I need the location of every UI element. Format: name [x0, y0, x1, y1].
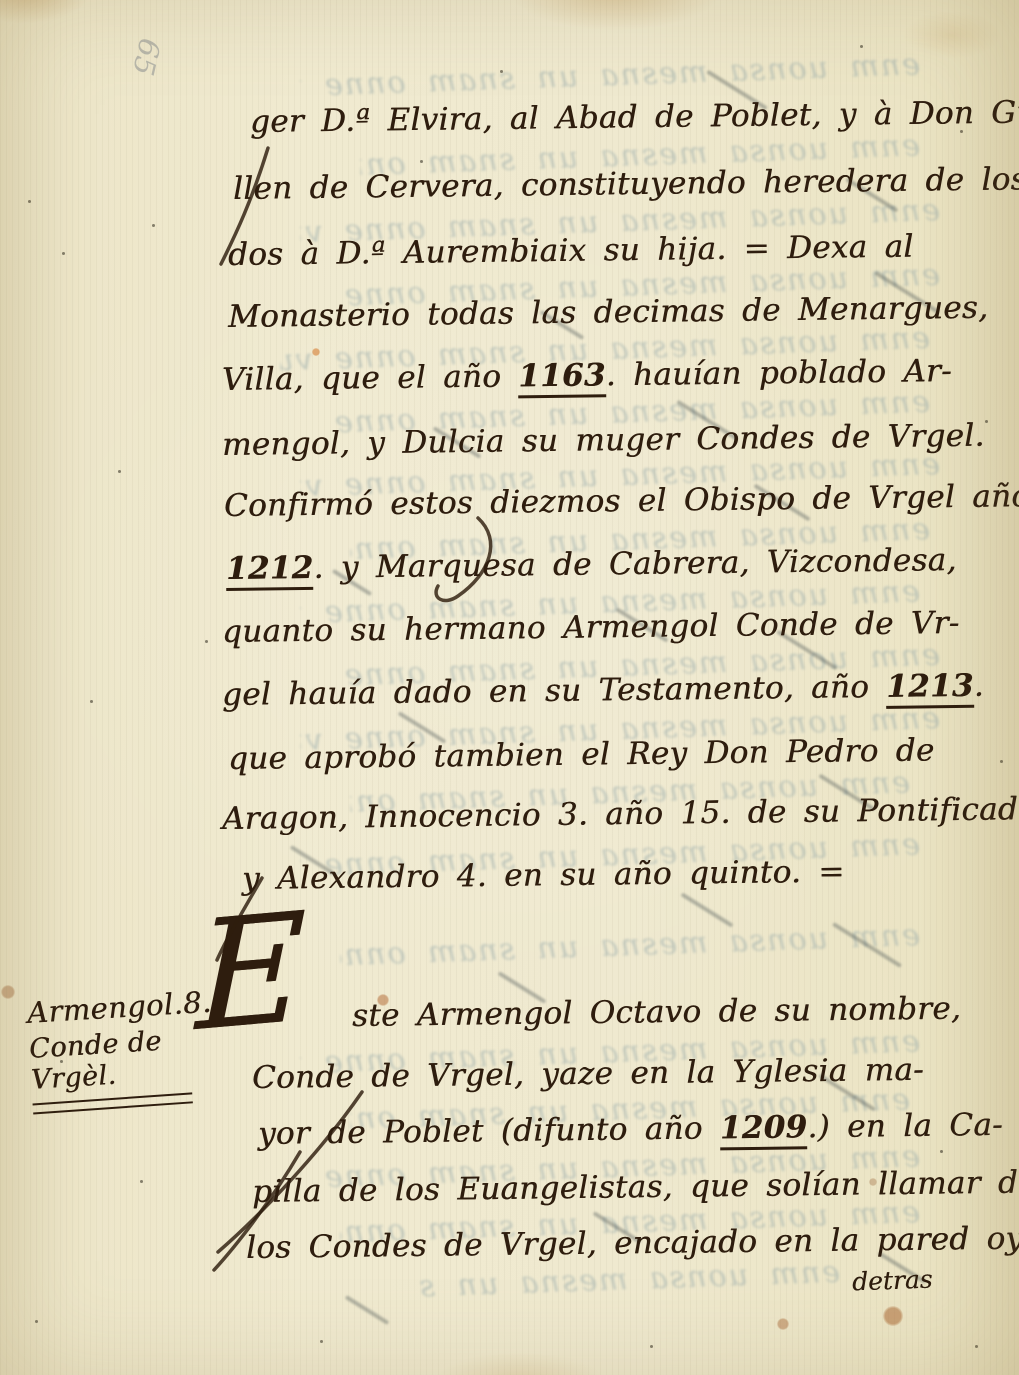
manuscript-line: Conde de Vrgel, yaze en la Yglesia ma- [252, 1052, 924, 1096]
line-text: quanto su hermano Armengol Conde de Vr- [222, 605, 960, 650]
underlined-year: 1213 [886, 668, 974, 709]
line-text: .) en la Ca- [807, 1107, 1003, 1145]
line-text: los Condes de Vrgel, encajado en la pare… [246, 1220, 1019, 1266]
line-text: Conde de Vrgel, yaze en la Yglesia ma- [252, 1052, 924, 1096]
manuscript-line: dos à D.ª Aurembiaix su hija. = Dexa al [228, 229, 914, 273]
manuscript-line: mengol, y Dulcia su muger Condes de Vrge… [222, 418, 985, 463]
manuscript-line: gel hauía dado en su Testamento, año 121… [222, 668, 984, 713]
line-text: Confirmó estos diezmos el Obispo de Vrge… [224, 478, 1019, 524]
line-text: yor de Poblet (difunto año [258, 1110, 720, 1152]
line-text: Villa, que el año [222, 358, 519, 398]
line-text: ger D.ª Elvira, al Abad de Poblet, y à D… [250, 94, 1019, 140]
manuscript-line: yor de Poblet (difunto año 1209.) en la … [258, 1107, 1003, 1152]
line-text: llen de Cervera, constituyendo heredera … [233, 160, 1019, 207]
manuscript-line: que aprobó tambien el Rey Don Pedro de [228, 732, 935, 777]
manuscript-line: 1212. y Marquesa de Cabrera, Vizcondesa, [226, 542, 957, 587]
line-text: que aprobó tambien el Rey Don Pedro de [228, 732, 935, 777]
line-text: . hauían poblado Ar- [606, 353, 953, 393]
manuscript-line: Aragon, Innocencio 3. año 15. de su Pont… [222, 791, 1019, 837]
manuscript-line: Monasterio todas las decimas de Menargue… [228, 290, 989, 335]
line-text: ste Armengol Octavo de su nombre, [352, 991, 961, 1034]
underlined-year: 1212 [226, 550, 314, 591]
line-text: dos à D.ª Aurembiaix su hija. = Dexa al [228, 229, 914, 273]
catchword: detras [852, 1265, 933, 1297]
manuscript-line: ste Armengol Octavo de su nombre, [352, 991, 961, 1034]
line-text: Aragon, Innocencio 3. año 15. de su Pont… [222, 791, 1019, 837]
manuscript-line: y Alexandro 4. en su año quinto. = [242, 854, 845, 897]
line-text: . y Marquesa de Cabrera, Vizcondesa, [313, 542, 957, 586]
manuscript-line: pilla de los Euangelistas, que solían ll… [252, 1164, 1019, 1210]
manuscript-text: ger D.ª Elvira, al Abad de Poblet, y à D… [0, 0, 1019, 1375]
line-text: Monasterio todas las decimas de Menargue… [228, 290, 989, 335]
underlined-year: 1209 [720, 1109, 808, 1150]
manuscript-line: Confirmó estos diezmos el Obispo de Vrge… [224, 478, 1019, 524]
line-text: . [973, 668, 984, 704]
manuscript-page: enm uonsa mesna un snam onne vusnam en s… [0, 0, 1019, 1375]
line-text: pilla de los Euangelistas, que solían ll… [252, 1164, 1019, 1210]
manuscript-line: llen de Cervera, constituyendo heredera … [233, 160, 1019, 207]
underlined-year: 1163 [518, 357, 606, 398]
manuscript-line: ger D.ª Elvira, al Abad de Poblet, y à D… [250, 94, 1019, 140]
manuscript-line: los Condes de Vrgel, encajado en la pare… [246, 1220, 1019, 1266]
line-text: mengol, y Dulcia su muger Condes de Vrge… [222, 418, 985, 463]
line-text: y Alexandro 4. en su año quinto. = [242, 854, 845, 897]
line-text: gel hauía dado en su Testamento, año [222, 669, 887, 713]
manuscript-line: Villa, que el año 1163. hauían poblado A… [222, 353, 952, 398]
manuscript-line: quanto su hermano Armengol Conde de Vr- [222, 605, 960, 650]
